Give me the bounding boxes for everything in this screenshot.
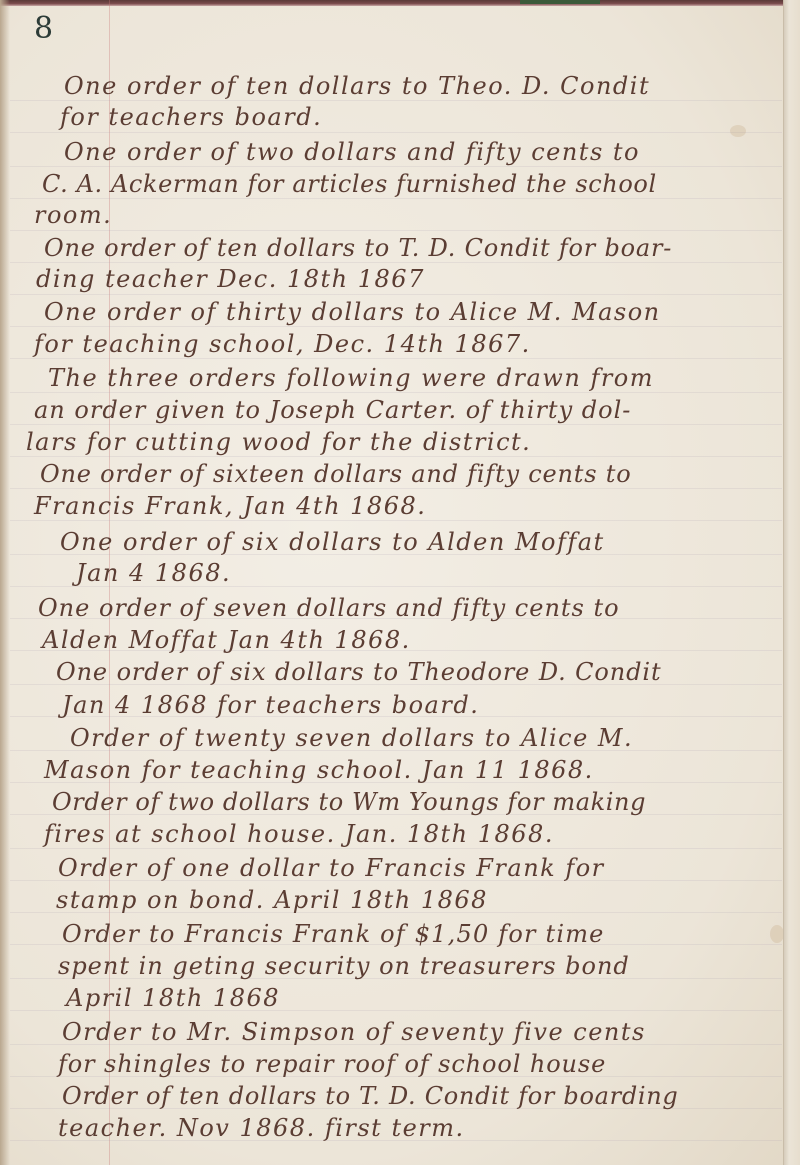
ledger-line: Jan 4 1868 for teachers board.	[62, 693, 479, 717]
ruled-line	[10, 230, 782, 231]
ruled-line	[10, 848, 782, 849]
ledger-line: April 18th 1868	[66, 986, 280, 1010]
paper-stain	[770, 925, 784, 943]
ledger-line: Order of two dollars to Wm Youngs for ma…	[52, 790, 646, 814]
ledger-line: Francis Frank, Jan 4th 1868.	[34, 494, 426, 518]
ruled-line	[10, 198, 782, 199]
page-top-edge	[0, 0, 800, 6]
ledger-line: Jan 4 1868.	[76, 561, 231, 585]
ledger-line: ding teacher Dec. 18th 1867	[36, 267, 425, 291]
ledger-line: Mason for teaching school. Jan 11 1868.	[44, 758, 594, 782]
ledger-line: fires at school house. Jan. 18th 1868.	[44, 822, 554, 846]
ruled-line	[10, 424, 782, 425]
ledger-line: Alden Moffat Jan 4th 1868.	[42, 628, 411, 652]
ledger-line: One order of six dollars to Alden Moffat	[60, 530, 605, 554]
ledger-line: One order of ten dollars to T. D. Condit…	[44, 236, 672, 260]
ledger-page: 8 One order of ten dollars to Theo. D. C…	[0, 0, 800, 1165]
ruled-line	[10, 520, 782, 521]
ruled-line	[10, 262, 782, 263]
ruled-line	[10, 392, 782, 393]
ledger-line: One order of thirty dollars to Alice M. …	[44, 300, 661, 324]
ruled-line	[10, 100, 782, 101]
ledger-line: for teaching school, Dec. 14th 1867.	[34, 332, 531, 356]
ledger-line: Order to Mr. Simpson of seventy five cen…	[62, 1020, 646, 1044]
ruled-line	[10, 294, 782, 295]
paper-stain	[730, 125, 746, 137]
ledger-line: The three orders following were drawn fr…	[48, 366, 654, 390]
ruled-line	[10, 166, 782, 167]
ruled-line	[10, 488, 782, 489]
ledger-line: Order of one dollar to Francis Frank for	[58, 856, 605, 880]
ledger-line: One order of sixteen dollars and fifty c…	[40, 462, 632, 486]
ledger-line: One order of seven dollars and fifty cen…	[38, 596, 620, 620]
page-left-shadow	[0, 0, 10, 1165]
ruled-line	[10, 326, 782, 327]
ledger-line: Order of ten dollars to T. D. Condit for…	[62, 1084, 678, 1108]
ledger-line: Order to Francis Frank of $1,50 for time	[62, 922, 605, 946]
page-number: 8	[34, 14, 53, 44]
ledger-line: One order of two dollars and fifty cents…	[64, 140, 640, 164]
ledger-line: for teachers board.	[60, 105, 322, 129]
ledger-line: spent in geting security on treasurers b…	[58, 954, 630, 978]
ledger-line: lars for cutting wood for the district.	[26, 430, 531, 454]
ruled-line	[10, 132, 782, 133]
book-cover-edge	[520, 0, 600, 4]
ledger-line: teacher. Nov 1868. first term.	[58, 1116, 465, 1140]
ledger-line: an order given to Joseph Carter. of thir…	[34, 398, 631, 422]
ledger-line: C. A. Ackerman for articles furnished th…	[42, 172, 657, 196]
ledger-line: for shingles to repair roof of school ho…	[58, 1052, 606, 1076]
ledger-line: One order of ten dollars to Theo. D. Con…	[64, 74, 650, 98]
ledger-line: stamp on bond. April 18th 1868	[56, 888, 488, 912]
ledger-line: Order of twenty seven dollars to Alice M…	[70, 726, 633, 750]
ledger-line: One order of six dollars to Theodore D. …	[56, 660, 662, 684]
ledger-line: room.	[34, 203, 112, 227]
ruled-line	[10, 358, 782, 359]
book-binding-gutter	[783, 0, 800, 1165]
ruled-line	[10, 456, 782, 457]
